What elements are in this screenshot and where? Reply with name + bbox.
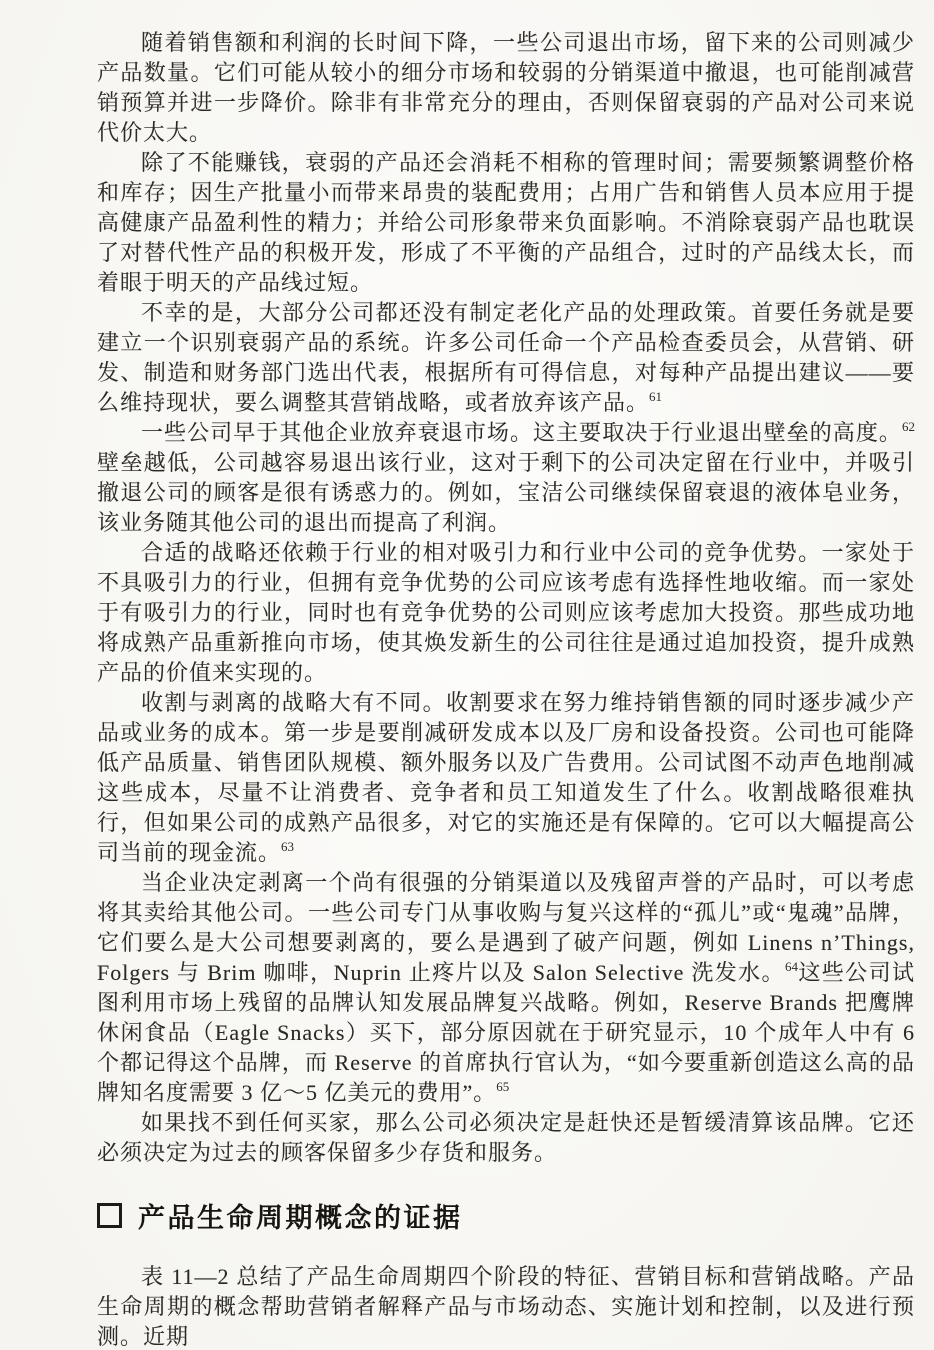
text-run: 不幸的是，大部分公司都还没有制定老化产品的处理政策。首要任务就是要建立一个识别衰… xyxy=(97,300,915,415)
section-heading: 产品生命周期概念的证据 xyxy=(97,1196,915,1235)
paragraph-1: 随着销售额和利润的长时间下降，一些公司退出市场，留下来的公司则减少产品数量。它们… xyxy=(97,28,915,148)
text-run: 如果找不到任何买家，那么公司必须决定是赶快还是暂缓清算该品牌。它还必须决定为过去… xyxy=(97,1110,915,1165)
paragraph-6: 收割与剥离的战略大有不同。收割要求在努力维持销售额的同时逐步减少产品或业务的成本… xyxy=(97,688,915,868)
open-square-icon xyxy=(97,1203,122,1228)
text-run: 随着销售额和利润的长时间下降，一些公司退出市场，留下来的公司则减少产品数量。它们… xyxy=(97,30,915,145)
text-run: 表 11—2 总结了产品生命周期四个阶段的特征、营销目标和营销战略。产品生命周期… xyxy=(97,1264,915,1349)
paragraph-8: 如果找不到任何买家，那么公司必须决定是赶快还是暂缓清算该品牌。它还必须决定为过去… xyxy=(97,1108,915,1168)
footnote-reference: 62 xyxy=(902,419,915,434)
paragraph-2: 除了不能赚钱，衰弱的产品还会消耗不相称的管理时间；需要频繁调整价格和库存；因生产… xyxy=(97,148,915,298)
paragraph-4: 一些公司早于其他企业放弃衰退市场。这主要取决于行业退出壁垒的高度。62壁垒越低，… xyxy=(97,418,915,538)
paragraph-3: 不幸的是，大部分公司都还没有制定老化产品的处理政策。首要任务就是要建立一个识别衰… xyxy=(97,298,915,418)
text-run: 壁垒越低，公司越容易退出该行业，这对于剩下的公司决定留在行业中，并吸引撤退公司的… xyxy=(97,450,915,535)
section-heading-text: 产品生命周期概念的证据 xyxy=(138,1196,463,1235)
text-run: 一些公司早于其他企业放弃衰退市场。这主要取决于行业退出壁垒的高度。 xyxy=(141,420,902,445)
footnote-reference: 61 xyxy=(649,389,662,404)
paragraph-7: 当企业决定剥离一个尚有很强的分销渠道以及残留声誉的产品时，可以考虑将其卖给其他公… xyxy=(97,868,915,1108)
paragraph-9: 表 11—2 总结了产品生命周期四个阶段的特征、营销目标和营销战略。产品生命周期… xyxy=(97,1262,915,1350)
text-column: 随着销售额和利润的长时间下降，一些公司退出市场，留下来的公司则减少产品数量。它们… xyxy=(97,28,915,1350)
book-page: 随着销售额和利润的长时间下降，一些公司退出市场，留下来的公司则减少产品数量。它们… xyxy=(0,0,934,1350)
footnote-reference: 64 xyxy=(785,959,798,974)
text-run: 除了不能赚钱，衰弱的产品还会消耗不相称的管理时间；需要频繁调整价格和库存；因生产… xyxy=(97,150,915,295)
text-run: 合适的战略还依赖于行业的相对吸引力和行业中公司的竞争优势。一家处于不具吸引力的行… xyxy=(97,540,915,685)
text-run: 收割与剥离的战略大有不同。收割要求在努力维持销售额的同时逐步减少产品或业务的成本… xyxy=(97,690,915,865)
footnote-reference: 65 xyxy=(496,1079,509,1094)
footnote-reference: 63 xyxy=(281,839,294,854)
paragraph-5: 合适的战略还依赖于行业的相对吸引力和行业中公司的竞争优势。一家处于不具吸引力的行… xyxy=(97,538,915,688)
